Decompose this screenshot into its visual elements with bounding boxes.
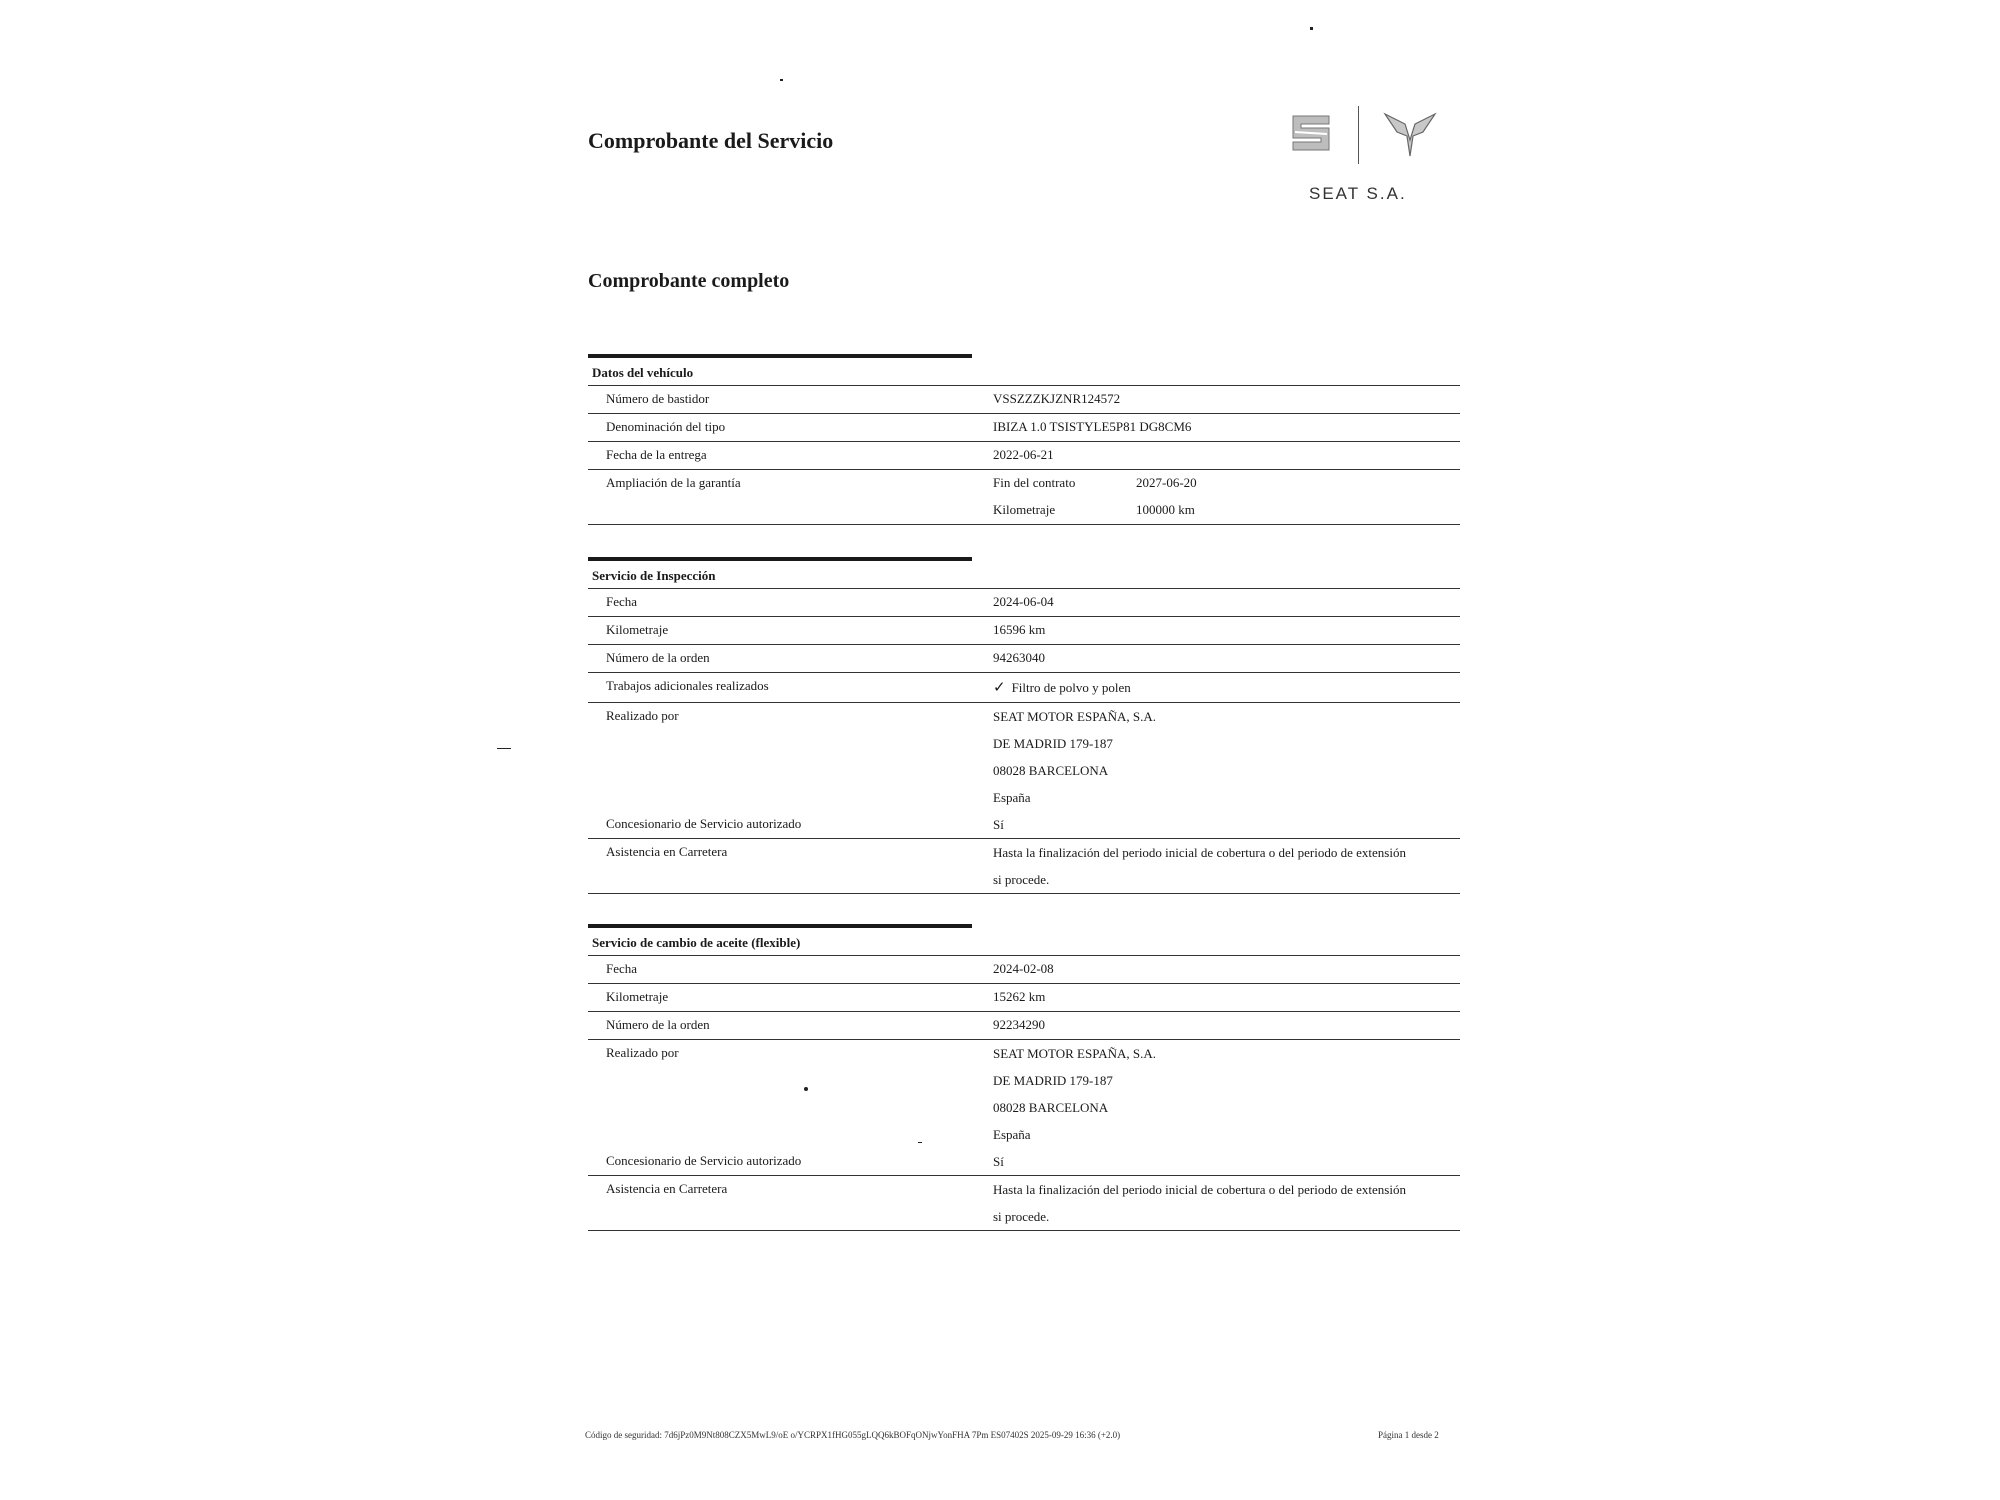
roadside-text: Hasta la finalización del periodo inicia… [993,1176,1406,1203]
table-row: Fecha 2024-06-04 [588,588,1460,616]
table-row-warranty: Ampliación de la garantía Fin del contra… [588,469,1460,525]
authorized-label: Concesionario de Servicio autorizado [606,816,801,832]
row-value: 2024-06-04 [993,594,1054,610]
oil-service-section: Servicio de cambio de aceite (flexible) … [588,924,1460,1231]
row-label: Fecha de la entrega [606,447,707,463]
address-line: 08028 BARCELONA [993,1094,1156,1121]
row-value: VSSZZZKJZNR124572 [993,391,1120,407]
scan-speck [804,1087,808,1091]
document-title: Comprobante del Servicio [588,128,833,154]
address-line: España [993,1121,1156,1148]
roadside-text: si procede. [993,1203,1406,1230]
row-label: Trabajos adicionales realizados [606,678,769,694]
cupra-logo-icon [1383,110,1437,160]
check-icon: ✓ [993,678,1006,696]
security-code: Código de seguridad: 7d6jPz0M9Nt808CZX5M… [585,1430,1120,1440]
table-row-roadside: Asistencia en Carretera Hasta la finaliz… [588,1175,1460,1231]
brand-name: SEAT S.A. [1309,184,1407,204]
address-line: DE MADRID 179-187 [993,730,1156,757]
row-label: Kilometraje [606,622,668,638]
table-row: Número de la orden 94263040 [588,644,1460,672]
section-heading: Datos del vehículo [588,358,1460,385]
document-page: Comprobante del Servicio SEAT S.A. Compr… [0,0,2000,1500]
table-row: Kilometraje 16596 km [588,616,1460,644]
address-line: España [993,784,1156,811]
table-row-performed-by: Realizado por SEAT MOTOR ESPAÑA, S.A. DE… [588,1039,1460,1175]
contract-end-label: Fin del contrato [993,475,1136,491]
scan-speck [918,1142,922,1143]
row-label: Denominación del tipo [606,419,725,435]
authorized-value: Sí [993,1148,1156,1175]
table-row: Número de bastidor VSSZZZKJZNR124572 [588,385,1460,413]
table-row: Denominación del tipo IBIZA 1.0 TSISTYLE… [588,413,1460,441]
row-label: Realizado por [606,708,679,724]
section-heading: Servicio de cambio de aceite (flexible) [588,928,1460,955]
row-label: Ampliación de la garantía [606,475,741,491]
address-line: 08028 BARCELONA [993,757,1156,784]
row-value: 2024-02-08 [993,961,1054,977]
table-row-extra-work: Trabajos adicionales realizados ✓Filtro … [588,672,1460,702]
address-line: DE MADRID 179-187 [993,1067,1156,1094]
contract-end-value: 2027-06-20 [1136,475,1197,490]
row-label: Realizado por [606,1045,679,1061]
brand-logo: SEAT S.A. [1285,100,1465,210]
table-row: Kilometraje 15262 km [588,983,1460,1011]
page-number: Página 1 desde 2 [1378,1430,1439,1440]
table-row-performed-by: Realizado por SEAT MOTOR ESPAÑA, S.A. DE… [588,702,1460,838]
roadside-text: Hasta la finalización del periodo inicia… [993,839,1406,866]
authorized-label: Concesionario de Servicio autorizado [606,1153,801,1169]
warranty-km-value: 100000 km [1136,502,1195,517]
address-line: SEAT MOTOR ESPAÑA, S.A. [993,703,1156,730]
scan-speck [497,748,511,749]
row-value: Filtro de polvo y polen [1012,680,1131,695]
row-label: Número de bastidor [606,391,709,407]
row-label: Asistencia en Carretera [606,1181,727,1197]
table-row-roadside: Asistencia en Carretera Hasta la finaliz… [588,838,1460,894]
seat-s-logo-icon [1291,114,1331,152]
row-value: 15262 km [993,989,1045,1005]
row-label: Kilometraje [606,989,668,1005]
section-heading: Servicio de Inspección [588,561,1460,588]
roadside-text: si procede. [993,866,1406,893]
row-label: Número de la orden [606,650,710,666]
row-value: 2022-06-21 [993,447,1054,463]
row-label: Fecha [606,961,637,977]
warranty-km-label: Kilometraje [993,502,1136,518]
table-row: Fecha 2024-02-08 [588,955,1460,983]
logo-divider [1358,106,1359,164]
row-label: Fecha [606,594,637,610]
row-label: Asistencia en Carretera [606,844,727,860]
row-value: 92234290 [993,1017,1045,1033]
address-line: SEAT MOTOR ESPAÑA, S.A. [993,1040,1156,1067]
document-subtitle: Comprobante completo [588,270,789,293]
row-value: IBIZA 1.0 TSISTYLE5P81 DG8CM6 [993,419,1191,435]
row-label: Número de la orden [606,1017,710,1033]
scan-speck [780,79,783,81]
table-row: Número de la orden 92234290 [588,1011,1460,1039]
vehicle-section: Datos del vehículo Número de bastidor VS… [588,354,1460,525]
scan-speck [1310,27,1313,30]
authorized-value: Sí [993,811,1156,838]
row-value: 94263040 [993,650,1045,666]
row-value: 16596 km [993,622,1045,638]
inspection-section: Servicio de Inspección Fecha 2024-06-04 … [588,557,1460,894]
table-row: Fecha de la entrega 2022-06-21 [588,441,1460,469]
